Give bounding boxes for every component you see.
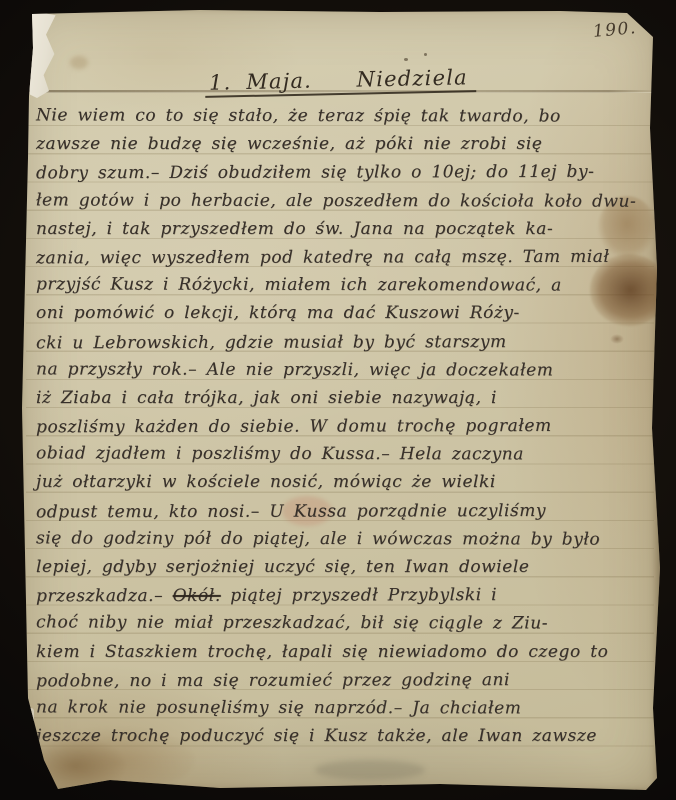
manuscript-text: poszliśmy każden do siebie. W domu troch… xyxy=(36,416,552,437)
manuscript-line: jeszcze trochę poduczyć się i Kusz także… xyxy=(36,722,648,750)
manuscript-text: iż Ziaba i cała trójka, jak oni siebie n… xyxy=(36,388,497,408)
manuscript-text: obiad zjadłem i poszliśmy do Kussa.– Hel… xyxy=(36,444,524,465)
manuscript-body: Nie wiem co to się stało, że teraz śpię … xyxy=(36,102,648,750)
manuscript-line: lepiej, gdyby serjożniej uczyć się, ten … xyxy=(36,553,648,581)
manuscript-line: kiem i Staszkiem trochę, łapali się niew… xyxy=(36,638,648,666)
manuscript-line: Nie wiem co to się stało, że teraz śpię … xyxy=(36,101,648,130)
manuscript-line: iż Ziaba i cała trójka, jak oni siebie n… xyxy=(36,384,648,412)
manuscript-line: poszliśmy każden do siebie. W domu troch… xyxy=(36,412,648,442)
manuscript-line: nastej, i tak przyszedłem do św. Jana na… xyxy=(36,215,648,243)
manuscript-text: Okół. xyxy=(173,586,221,606)
diary-page: 190. 1. Maja. Niedziela Nie wiem co to s… xyxy=(20,8,660,794)
entry-title: 1. Maja. Niedziela xyxy=(205,65,476,98)
ink-speck xyxy=(404,58,408,61)
manuscript-line: obiad zjadłem i poszliśmy do Kussa.– Hel… xyxy=(36,440,648,469)
manuscript-line: zania, więc wyszedłem pod katedrę na cał… xyxy=(36,243,648,273)
manuscript-text: jeszcze trochę poduczyć się i Kusz także… xyxy=(36,726,597,746)
manuscript-line: odpust temu, kto nosi.– U Kussa porządni… xyxy=(36,496,648,526)
smudge-bottom xyxy=(315,760,425,780)
manuscript-line: cki u Lebrowskich, gdzie musiał by być s… xyxy=(36,327,648,357)
torn-paper-tab xyxy=(28,10,58,98)
ink-speck xyxy=(424,53,427,56)
manuscript-text: zania, więc wyszedłem pod katedrę na cał… xyxy=(36,247,610,269)
manuscript-text: oni pomówić o lekcji, którą ma dać Kuszo… xyxy=(36,303,520,323)
manuscript-line: na przyszły rok.– Ale nie przyszli, więc… xyxy=(36,355,648,384)
manuscript-line: choć niby nie miał przeszkadzać, bił się… xyxy=(36,609,648,638)
manuscript-text: na krok nie posunęliśmy się naprzód.– Ja… xyxy=(36,697,521,718)
manuscript-line: zawsze nie budzę się wcześnie, aż póki n… xyxy=(36,130,648,158)
manuscript-text: odpust temu, kto nosi.– U Kussa porządni… xyxy=(36,501,546,522)
manuscript-text: piątej przyszedł Przybylski i xyxy=(221,585,497,606)
manuscript-line: oni pomówić o lekcji, którą ma dać Kuszo… xyxy=(36,299,648,327)
manuscript-line: dobry szum.– Dziś obudziłem się tylko o … xyxy=(36,158,648,188)
manuscript-text: choć niby nie miał przeszkadzać, bił się… xyxy=(36,613,548,634)
manuscript-line: już ołtarzyki w kościele nosić, mówiąc ż… xyxy=(36,468,648,496)
manuscript-line: łem gotów i po herbacie, ale poszedłem d… xyxy=(36,186,648,215)
manuscript-text: lepiej, gdyby serjożniej uczyć się, ten … xyxy=(36,557,529,577)
manuscript-scan: 190. 1. Maja. Niedziela Nie wiem co to s… xyxy=(0,0,676,800)
manuscript-text: podobne, no i ma się rozumieć przez godz… xyxy=(36,670,510,691)
manuscript-text: na przyszły rok.– Ale nie przyszli, więc… xyxy=(36,359,554,380)
manuscript-text: Nie wiem co to się stało, że teraz śpię … xyxy=(36,105,561,126)
manuscript-text: przyjść Kusz i Różycki, miałem ich zarek… xyxy=(36,274,562,295)
manuscript-line: podobne, no i ma się rozumieć przez godz… xyxy=(36,665,648,695)
manuscript-text: przeszkadza.– xyxy=(36,586,173,606)
manuscript-text: nastej, i tak przyszedłem do św. Jana na… xyxy=(36,219,553,239)
manuscript-text: dobry szum.– Dziś obudziłem się tylko o … xyxy=(36,162,594,183)
manuscript-line: przeszkadza.– Okół. piątej przyszedł Prz… xyxy=(36,581,648,611)
manuscript-line: się do godziny pół do piątej, ale i wówc… xyxy=(36,524,648,553)
age-spot-top-left xyxy=(70,56,88,69)
manuscript-text: zawsze nie budzę się wcześnie, aż póki n… xyxy=(36,134,542,154)
manuscript-text: łem gotów i po herbacie, ale poszedłem d… xyxy=(36,190,636,211)
manuscript-text: się do godziny pół do piątej, ale i wówc… xyxy=(36,528,600,549)
manuscript-line: przyjść Kusz i Różycki, miałem ich zarek… xyxy=(36,270,648,299)
manuscript-text: kiem i Staszkiem trochę, łapali się niew… xyxy=(36,642,608,662)
manuscript-text: już ołtarzyki w kościele nosić, mówiąc ż… xyxy=(36,472,496,492)
page-number: 190. xyxy=(592,18,637,42)
manuscript-line: na krok nie posunęliśmy się naprzód.– Ja… xyxy=(36,693,648,722)
manuscript-text: cki u Lebrowskich, gdzie musiał by być s… xyxy=(36,332,507,353)
paper-chip-left-edge xyxy=(20,708,34,744)
